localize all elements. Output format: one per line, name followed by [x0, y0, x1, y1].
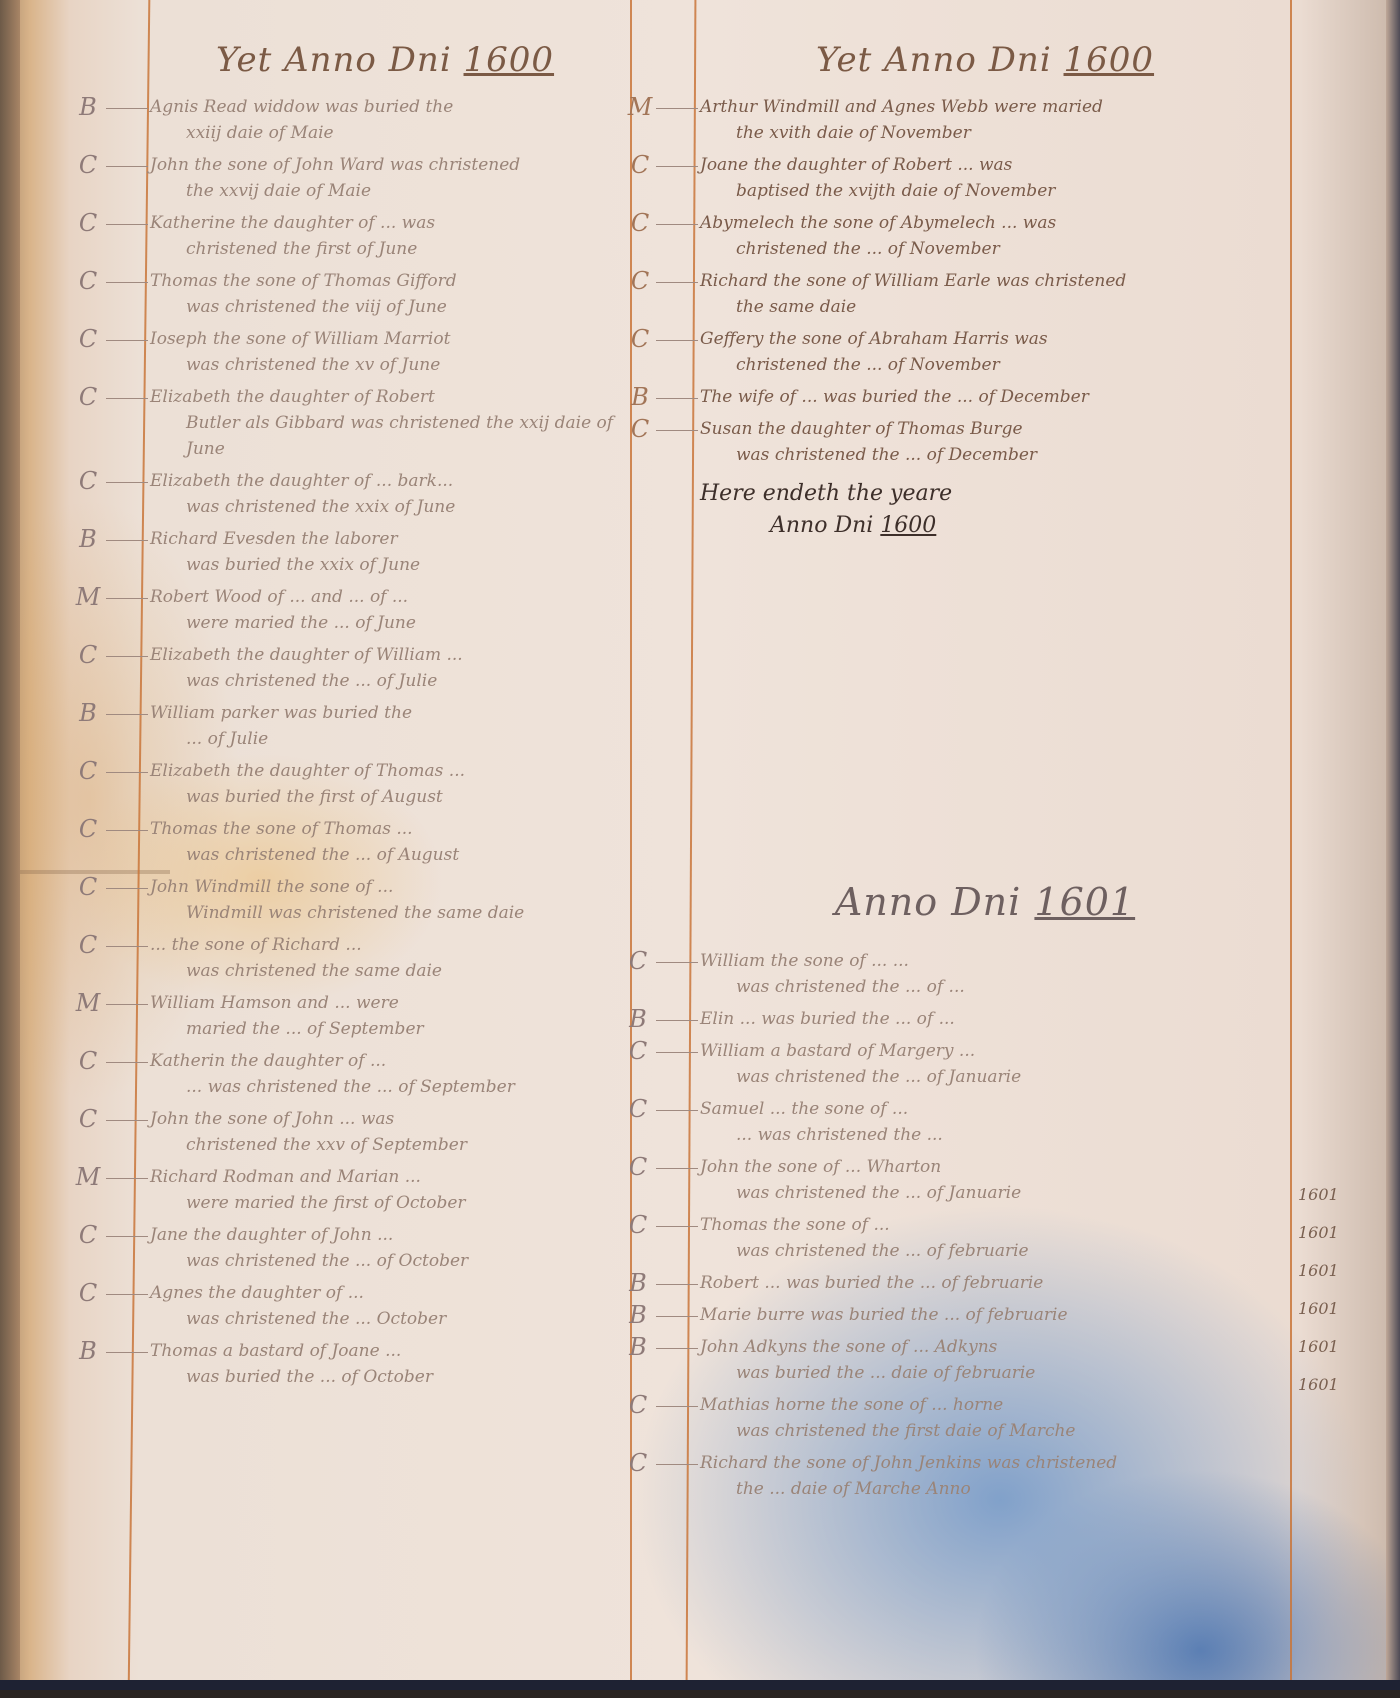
- entry-line-1: Elizabeth the daughter of William ...: [150, 645, 463, 665]
- entry-line-2: was christened the ... of Januarie: [700, 1180, 1270, 1206]
- entry-type-mark: B: [618, 1270, 658, 1296]
- entry-line-1: Richard the sone of John Jenkins was chr…: [700, 1453, 1117, 1473]
- register-entry: MRichard Rodman and Marian ...were marie…: [150, 1164, 620, 1216]
- entry-type-mark: C: [68, 268, 108, 294]
- entry-line-2: maried the ... of September: [150, 1016, 620, 1042]
- margin-tick: [656, 1464, 698, 1465]
- margin-tick: [656, 340, 698, 341]
- register-entry: MRobert Wood of ... and ... of ...were m…: [150, 584, 620, 636]
- margin-tick: [656, 224, 698, 225]
- right-margin-rule: [1290, 0, 1292, 1690]
- entry-line-1: Richard the sone of William Earle was ch…: [700, 271, 1126, 291]
- register-entry: CThomas the sone of Thomas ...was christ…: [150, 816, 620, 868]
- entry-type-mark: C: [68, 932, 108, 958]
- entry-type-mark: B: [68, 1338, 108, 1364]
- register-entry: BRobert ... was buried the ... of februa…: [700, 1270, 1270, 1296]
- margin-tick: [656, 282, 698, 283]
- entry-line-1: Elizabeth the daughter of Robert: [150, 387, 435, 407]
- register-entry: CWilliam a bastard of Margery ...was chr…: [700, 1038, 1270, 1090]
- margin-tick: [656, 1168, 698, 1169]
- entry-line-1: Richard Rodman and Marian ...: [150, 1167, 421, 1187]
- left-column-heading: Yet Anno Dni 1600: [150, 40, 620, 80]
- entry-type-mark: M: [68, 990, 108, 1016]
- margin-tick: [656, 1110, 698, 1111]
- margin-tick: [106, 108, 148, 109]
- entry-type-mark: C: [620, 326, 660, 352]
- entry-line-2: christened the ... of November: [700, 236, 1270, 262]
- register-entry: CWilliam the sone of ... ...was christen…: [700, 948, 1270, 1000]
- margin-year: 1601: [1298, 1337, 1398, 1375]
- register-entry: CElizabeth the daughter of RobertButler …: [150, 384, 620, 462]
- register-entry: CJoane the daughter of Robert ... wasbap…: [700, 152, 1270, 204]
- margin-tick: [656, 430, 698, 431]
- margin-tick: [106, 714, 148, 715]
- entry-line-1: Mathias horne the sone of ... horne: [700, 1395, 1003, 1415]
- entry-line-2: was buried the xxix of June: [150, 552, 620, 578]
- register-entry: BThe wife of ... was buried the ... of D…: [700, 384, 1270, 410]
- entry-line-1: Abymelech the sone of Abymelech ... was: [700, 213, 1056, 233]
- entry-line-1: Agnis Read widdow was buried the: [150, 97, 453, 117]
- entry-type-mark: C: [618, 1450, 658, 1476]
- year-closing-note: Here endeth the yeare Anno Dni 1600: [700, 478, 1270, 542]
- entry-type-mark: C: [620, 152, 660, 178]
- margin-tick: [106, 772, 148, 773]
- register-entry: C... the sone of Richard ...was christen…: [150, 932, 620, 984]
- right-column: Yet Anno Dni 1600 MArthur Windmill and A…: [700, 40, 1270, 542]
- register-entry: CJane the daughter of John ...was christ…: [150, 1222, 620, 1274]
- register-entry: CElizabeth the daughter of Thomas ...was…: [150, 758, 620, 810]
- register-entry: CRichard the sone of John Jenkins was ch…: [700, 1450, 1270, 1502]
- register-entry: CElizabeth the daughter of ... bark...wa…: [150, 468, 620, 520]
- entry-line-2: the xvith daie of November: [700, 120, 1270, 146]
- margin-tick: [106, 1236, 148, 1237]
- entry-type-mark: B: [68, 526, 108, 552]
- entry-type-mark: C: [618, 1392, 658, 1418]
- entry-type-mark: C: [68, 1048, 108, 1074]
- entry-line-1: John the sone of John ... was: [150, 1109, 394, 1129]
- entry-line-1: Elizabeth the daughter of Thomas ...: [150, 761, 465, 781]
- entry-line-1: Katherine the daughter of ... was: [150, 213, 435, 233]
- bottom-shadow: [0, 1680, 1400, 1690]
- entry-type-mark: B: [620, 384, 660, 410]
- entry-line-2: was christened the ... of februarie: [700, 1238, 1270, 1264]
- margin-year: 1601: [1298, 1261, 1398, 1299]
- entry-type-mark: C: [618, 1096, 658, 1122]
- register-entry: CAgnes the daughter of ...was christened…: [150, 1280, 620, 1332]
- entry-line-1: Thomas the sone of ...: [700, 1215, 890, 1235]
- entry-line-2: was christened the ... of Julie: [150, 668, 620, 694]
- section-1601-heading: Anno Dni 1601: [700, 880, 1270, 924]
- entry-type-mark: C: [620, 268, 660, 294]
- register-entry: CMathias horne the sone of ... hornewas …: [700, 1392, 1270, 1444]
- margin-tick: [106, 1062, 148, 1063]
- entry-line-2: the ... daie of Marche Anno: [700, 1476, 1270, 1502]
- margin-tick: [656, 1316, 698, 1317]
- entry-line-1: William Hamson and ... were: [150, 993, 399, 1013]
- register-entry: CKatherine the daughter of ... waschrist…: [150, 210, 620, 262]
- entry-line-1: Samuel ... the sone of ...: [700, 1099, 908, 1119]
- section-1601: Anno Dni 1601 CWilliam the sone of ... .…: [700, 880, 1270, 1508]
- margin-tick: [106, 656, 148, 657]
- entry-type-mark: C: [68, 152, 108, 178]
- right-column-heading: Yet Anno Dni 1600: [700, 40, 1270, 80]
- left-margin-rule: [128, 0, 151, 1690]
- entry-type-mark: C: [618, 1038, 658, 1064]
- entry-line-2: was christened the xxix of June: [150, 494, 620, 520]
- entry-line-1: Joane the daughter of Robert ... was: [700, 155, 1012, 175]
- margin-tick: [106, 540, 148, 541]
- entry-line-1: Thomas the sone of Thomas ...: [150, 819, 413, 839]
- register-entry: CJohn Windmill the sone of ...Windmill w…: [150, 874, 620, 926]
- register-entry: CThomas the sone of ...was christened th…: [700, 1212, 1270, 1264]
- entry-type-mark: C: [68, 1280, 108, 1306]
- entry-type-mark: M: [68, 584, 108, 610]
- margin-tick: [656, 1052, 698, 1053]
- margin-year: 1601: [1298, 1223, 1398, 1261]
- margin-tick: [106, 1352, 148, 1353]
- left-entries-list: BAgnis Read widdow was buried thexxiij d…: [150, 94, 620, 1390]
- entry-line-1: William the sone of ... ...: [700, 951, 909, 971]
- entry-line-2: ... was christened the ... of September: [150, 1074, 620, 1100]
- entry-type-mark: M: [620, 94, 660, 120]
- entry-line-2: Butler als Gibbard was christened the xx…: [150, 410, 620, 462]
- entry-line-1: Jane the daughter of John ...: [150, 1225, 393, 1245]
- binding-edge: [0, 0, 20, 1690]
- entry-line-2: was christened the ... of Januarie: [700, 1064, 1270, 1090]
- entry-line-1: Elin ... was buried the ... of ...: [700, 1009, 955, 1029]
- entry-line-2: was buried the ... of October: [150, 1364, 620, 1390]
- entry-type-mark: C: [68, 758, 108, 784]
- margin-year: 1601: [1298, 1375, 1398, 1413]
- manuscript-page: Yet Anno Dni 1600 BAgnis Read widdow was…: [0, 0, 1400, 1690]
- register-entry: CAbymelech the sone of Abymelech ... was…: [700, 210, 1270, 262]
- entry-line-2: was christened the ... of December: [700, 442, 1270, 468]
- margin-tick: [106, 830, 148, 831]
- margin-tick: [106, 482, 148, 483]
- entry-line-2: xxiij daie of Maie: [150, 120, 620, 146]
- entry-line-1: Thomas a bastard of Joane ...: [150, 1341, 401, 1361]
- entry-type-mark: B: [68, 700, 108, 726]
- margin-tick: [656, 1020, 698, 1021]
- entry-line-2: was christened the xv of June: [150, 352, 620, 378]
- left-column: Yet Anno Dni 1600 BAgnis Read widdow was…: [150, 40, 620, 1396]
- entry-line-1: ... the sone of Richard ...: [150, 935, 362, 955]
- entry-type-mark: B: [618, 1302, 658, 1328]
- margin-tick: [106, 1294, 148, 1295]
- entry-line-1: Marie burre was buried the ... of februa…: [700, 1305, 1068, 1325]
- register-entry: CSusan the daughter of Thomas Burgewas c…: [700, 416, 1270, 468]
- center-rule-left: [630, 0, 632, 1690]
- margin-tick: [656, 1226, 698, 1227]
- register-entry: CJohn the sone of ... Whartonwas christe…: [700, 1154, 1270, 1206]
- margin-tick: [106, 598, 148, 599]
- margin-year: 1601: [1298, 1185, 1398, 1223]
- register-entry: CKatherin the daughter of ...... was chr…: [150, 1048, 620, 1100]
- entry-line-2: the same daie: [700, 294, 1270, 320]
- margin-tick: [106, 888, 148, 889]
- entry-type-mark: C: [620, 416, 660, 442]
- entry-type-mark: C: [68, 874, 108, 900]
- entry-type-mark: B: [68, 94, 108, 120]
- entry-type-mark: C: [618, 1212, 658, 1238]
- entry-line-2: were maried the first of October: [150, 1190, 620, 1216]
- register-entry: BMarie burre was buried the ... of febru…: [700, 1302, 1270, 1328]
- entry-line-2: were maried the ... of June: [150, 610, 620, 636]
- margin-tick: [656, 1406, 698, 1407]
- entry-line-1: Ioseph the sone of William Marriot: [150, 329, 450, 349]
- entry-line-1: Arthur Windmill and Agnes Webb were mari…: [700, 97, 1103, 117]
- margin-tick: [106, 1178, 148, 1179]
- entry-line-2: was buried the first of August: [150, 784, 620, 810]
- register-entry: CJohn the sone of John Ward was christen…: [150, 152, 620, 204]
- right-entries-list: MArthur Windmill and Agnes Webb were mar…: [700, 94, 1270, 468]
- entry-line-1: John the sone of ... Wharton: [700, 1157, 941, 1177]
- margin-year: 1601: [1298, 1299, 1398, 1337]
- center-rule-right: [686, 0, 697, 1690]
- entry-type-mark: C: [618, 1154, 658, 1180]
- entry-line-2: was christened the same daie: [150, 958, 620, 984]
- entry-type-mark: C: [68, 326, 108, 352]
- entry-type-mark: B: [618, 1006, 658, 1032]
- entry-line-2: christened the ... of November: [700, 352, 1270, 378]
- entry-line-2: christened the xxv of September: [150, 1132, 620, 1158]
- register-entry: CGeffery the sone of Abraham Harris wasc…: [700, 326, 1270, 378]
- entry-line-1: John the sone of John Ward was christene…: [150, 155, 520, 175]
- margin-tick: [656, 108, 698, 109]
- register-entry: CIoseph the sone of William Marriotwas c…: [150, 326, 620, 378]
- entry-line-1: Thomas the sone of Thomas Gifford: [150, 271, 457, 291]
- margin-tick: [656, 166, 698, 167]
- page-right-edge: [1386, 0, 1400, 1690]
- margin-tick: [106, 166, 148, 167]
- entry-type-mark: C: [68, 1106, 108, 1132]
- margin-tick: [106, 1120, 148, 1121]
- register-entry: CElizabeth the daughter of William ...wa…: [150, 642, 620, 694]
- entry-line-2: was christened the ... of ...: [700, 974, 1270, 1000]
- entry-type-mark: C: [618, 948, 658, 974]
- entry-type-mark: C: [68, 384, 108, 410]
- margin-tick: [656, 962, 698, 963]
- register-entry: CJohn the sone of John ... waschristened…: [150, 1106, 620, 1158]
- entry-line-2: was christened the ... of October: [150, 1248, 620, 1274]
- register-entry: BThomas a bastard of Joane ...was buried…: [150, 1338, 620, 1390]
- register-entry: CSamuel ... the sone of ...... was chris…: [700, 1096, 1270, 1148]
- entry-type-mark: M: [68, 1164, 108, 1190]
- register-entry: BJohn Adkyns the sone of ... Adkynswas b…: [700, 1334, 1270, 1386]
- entry-type-mark: C: [68, 642, 108, 668]
- entry-line-1: Susan the daughter of Thomas Burge: [700, 419, 1023, 439]
- entry-line-1: The wife of ... was buried the ... of De…: [700, 387, 1089, 407]
- entry-line-2: the xxvij daie of Maie: [150, 178, 620, 204]
- register-entry: BWilliam parker was buried the... of Jul…: [150, 700, 620, 752]
- margin-tick: [106, 398, 148, 399]
- entry-type-mark: B: [618, 1334, 658, 1360]
- register-entry: BAgnis Read widdow was buried thexxiij d…: [150, 94, 620, 146]
- entry-type-mark: C: [620, 210, 660, 236]
- entry-line-1: Robert Wood of ... and ... of ...: [150, 587, 408, 607]
- entry-line-1: Richard Evesden the laborer: [150, 529, 398, 549]
- register-entry: BRichard Evesden the laborerwas buried t…: [150, 526, 620, 578]
- margin-tick: [106, 224, 148, 225]
- entry-type-mark: C: [68, 1222, 108, 1248]
- margin-tick: [656, 398, 698, 399]
- register-entry: CRichard the sone of William Earle was c…: [700, 268, 1270, 320]
- margin-tick: [106, 282, 148, 283]
- register-entry: BElin ... was buried the ... of ...: [700, 1006, 1270, 1032]
- entries-1601-list: CWilliam the sone of ... ...was christen…: [700, 948, 1270, 1502]
- entry-line-1: Elizabeth the daughter of ... bark...: [150, 471, 453, 491]
- entry-line-1: John Windmill the sone of ...: [150, 877, 393, 897]
- entry-line-1: Robert ... was buried the ... of februar…: [700, 1273, 1043, 1293]
- entry-line-2: Windmill was christened the same daie: [150, 900, 620, 926]
- entry-line-2: ... was christened the ...: [700, 1122, 1270, 1148]
- entry-line-2: was buried the ... daie of februarie: [700, 1360, 1270, 1386]
- entry-line-1: William parker was buried the: [150, 703, 412, 723]
- entry-line-2: christened the first of June: [150, 236, 620, 262]
- margin-tick: [656, 1284, 698, 1285]
- margin-tick: [656, 1348, 698, 1349]
- register-entry: MWilliam Hamson and ... weremaried the .…: [150, 990, 620, 1042]
- entry-line-1: William a bastard of Margery ...: [700, 1041, 975, 1061]
- margin-tick: [106, 340, 148, 341]
- margin-tick: [106, 946, 148, 947]
- entry-type-mark: C: [68, 468, 108, 494]
- entry-line-2: ... of Julie: [150, 726, 620, 752]
- entry-line-1: Agnes the daughter of ...: [150, 1283, 364, 1303]
- entry-line-2: was christened the ... of August: [150, 842, 620, 868]
- entry-type-mark: C: [68, 210, 108, 236]
- entry-line-1: Katherin the daughter of ...: [150, 1051, 386, 1071]
- entry-line-2: was christened the viij of June: [150, 294, 620, 320]
- entry-line-1: Geffery the sone of Abraham Harris was: [700, 329, 1048, 349]
- entry-line-1: John Adkyns the sone of ... Adkyns: [700, 1337, 997, 1357]
- entry-line-2: was christened the ... October: [150, 1306, 620, 1332]
- margin-tick: [106, 1004, 148, 1005]
- right-margin-years: 160116011601160116011601: [1298, 1185, 1398, 1413]
- entry-line-2: baptised the xvijth daie of November: [700, 178, 1270, 204]
- entry-line-2: was christened the first daie of Marche: [700, 1418, 1270, 1444]
- entry-type-mark: C: [68, 816, 108, 842]
- register-entry: MArthur Windmill and Agnes Webb were mar…: [700, 94, 1270, 146]
- register-entry: CThomas the sone of Thomas Giffordwas ch…: [150, 268, 620, 320]
